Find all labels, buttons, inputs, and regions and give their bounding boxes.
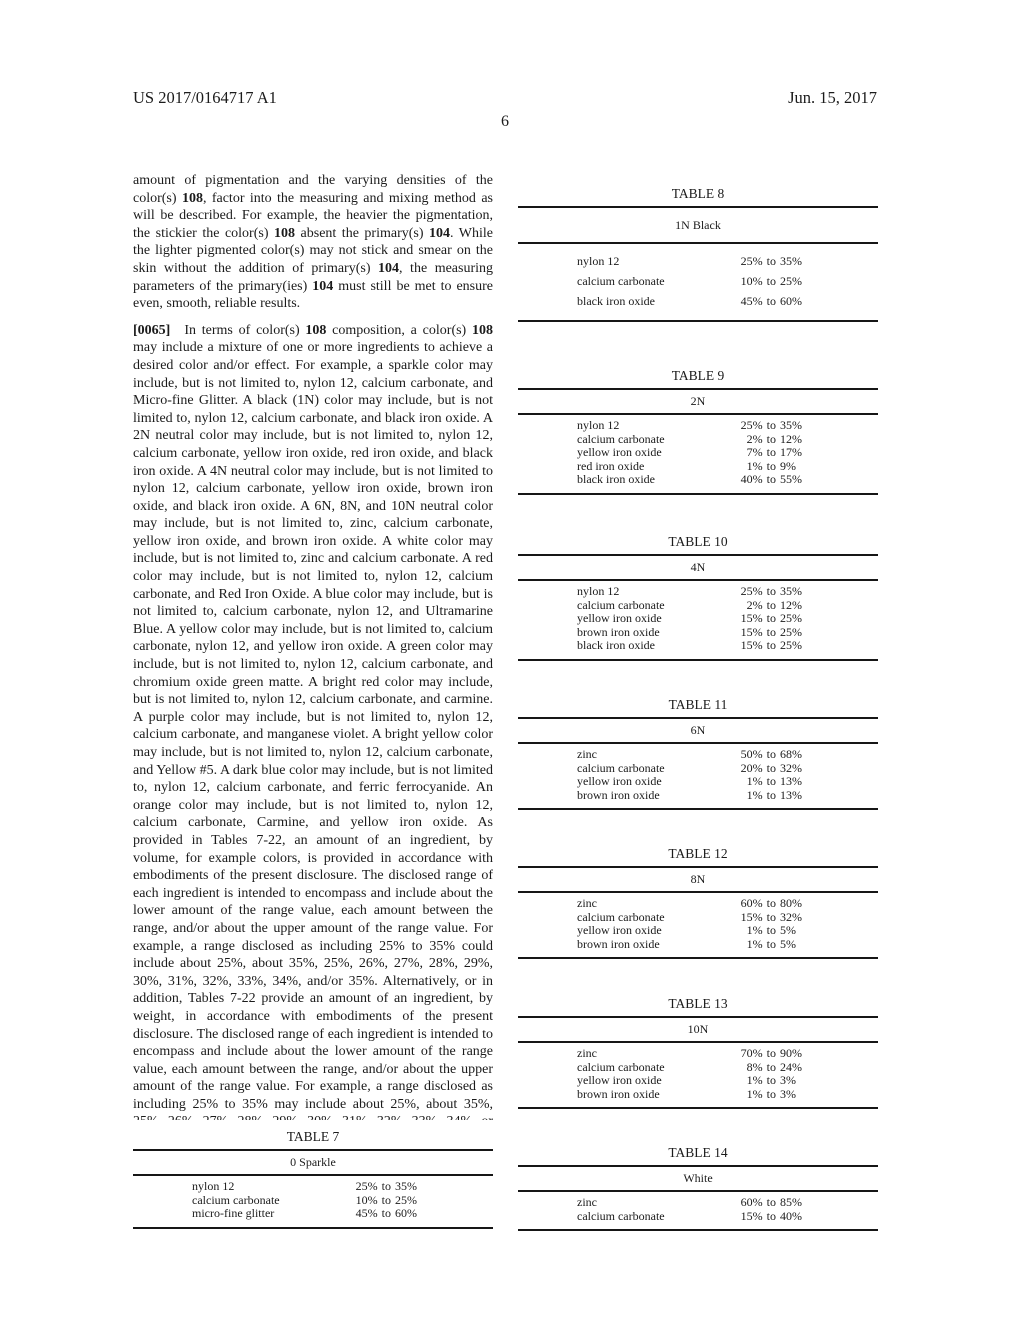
ingredient-range: 1%to3% (731, 1088, 816, 1102)
patent-page: { "page": { "publication_number": "US 20… (0, 0, 1024, 1320)
table-row: calcium carbonate15%to40% (518, 1210, 878, 1224)
table-rows: nylon 1225%to35%calcium carbonate2%to12%… (518, 581, 878, 659)
table-row: yellow iron oxide7%to17% (518, 446, 878, 460)
ingredient-name: black iron oxide (518, 639, 731, 653)
ingredient-name: calcium carbonate (518, 762, 731, 776)
range-to: 35% (780, 251, 816, 271)
table-rows: zinc60%to85%calcium carbonate15%to40% (518, 1192, 878, 1229)
ingredient-name: zinc (518, 1196, 731, 1210)
range-from: 60% (731, 1196, 763, 1210)
table-13: TABLE 1310Nzinc70%to90%calcium carbonate… (518, 996, 878, 1109)
ingredient-range: 45%to60% (731, 291, 816, 311)
table-header: 8N (518, 868, 878, 891)
bold-text: [0065] (133, 323, 170, 338)
range-to: 32% (780, 762, 816, 776)
range-to-word: to (763, 762, 780, 776)
range-to-word: to (763, 612, 780, 626)
range-from: 2% (731, 599, 763, 613)
ingredient-name: calcium carbonate (518, 271, 731, 291)
table-row: yellow iron oxide1%to13% (518, 775, 878, 789)
table-rows: zinc60%to80%calcium carbonate15%to32%yel… (518, 893, 878, 957)
range-to: 13% (780, 775, 816, 789)
bold-text: 108 (305, 323, 326, 338)
range-to-word: to (763, 1074, 780, 1088)
range-to: 25% (780, 639, 816, 653)
text-run: may include a mixture of one or more ing… (133, 340, 493, 1120)
range-from: 45% (346, 1207, 378, 1221)
left-column: amount of pigmentation and the varying d… (133, 172, 493, 1120)
table-rows: zinc70%to90%calcium carbonate8%to24%yell… (518, 1043, 878, 1107)
range-to-word: to (763, 1088, 780, 1102)
range-to-word: to (763, 585, 780, 599)
page-number: 6 (133, 113, 877, 131)
table-11: TABLE 116Nzinc50%to68%calcium carbonate2… (518, 697, 878, 810)
ingredient-name: brown iron oxide (518, 789, 731, 803)
range-to: 35% (395, 1180, 431, 1194)
publication-date: Jun. 15, 2017 (788, 88, 877, 108)
table-caption: TABLE 7 (133, 1129, 493, 1145)
range-from: 1% (731, 1074, 763, 1088)
ingredient-name: brown iron oxide (518, 626, 731, 640)
ingredient-range: 40%to55% (731, 473, 816, 487)
text-run: absent the primary(s) (295, 226, 429, 241)
range-to-word: to (763, 924, 780, 938)
table-14: TABLE 14Whitezinc60%to85%calcium carbona… (518, 1145, 878, 1231)
range-from: 10% (346, 1194, 378, 1208)
range-from: 45% (731, 291, 763, 311)
ingredient-name: nylon 12 (518, 585, 731, 599)
bold-text: 104 (429, 226, 450, 241)
publication-number: US 2017/0164717 A1 (133, 88, 277, 108)
range-to: 55% (780, 473, 816, 487)
table-row: micro-fine glitter45%to60% (133, 1207, 493, 1221)
range-from: 25% (731, 251, 763, 271)
range-to-word: to (763, 639, 780, 653)
bold-text: 104 (312, 279, 333, 294)
ingredient-range: 20%to32% (731, 762, 816, 776)
range-to: 60% (780, 291, 816, 311)
ingredient-range: 15%to40% (731, 1210, 816, 1224)
range-to-word: to (763, 446, 780, 460)
range-to: 17% (780, 446, 816, 460)
range-to-word: to (763, 1196, 780, 1210)
ingredient-range: 25%to35% (346, 1180, 431, 1194)
text-run: In terms of color(s) (170, 323, 305, 338)
table-header: 10N (518, 1018, 878, 1041)
range-to-word: to (763, 748, 780, 762)
patent-paragraph-0065: [0065] In terms of color(s) 108 composit… (133, 322, 493, 1120)
ingredient-range: 10%to25% (346, 1194, 431, 1208)
table-header: White (518, 1167, 878, 1190)
ingredient-range: 15%to25% (731, 626, 816, 640)
range-from: 15% (731, 1210, 763, 1224)
ingredient-name: zinc (518, 748, 731, 762)
range-to: 85% (780, 1196, 816, 1210)
range-to-word: to (763, 433, 780, 447)
bold-text: 108 (472, 323, 493, 338)
range-to-word: to (763, 291, 780, 311)
ingredient-range: 8%to24% (731, 1061, 816, 1075)
table-row: brown iron oxide1%to13% (518, 789, 878, 803)
ingredient-range: 15%to32% (731, 911, 816, 925)
range-to: 3% (780, 1074, 816, 1088)
ingredient-name: black iron oxide (518, 291, 731, 311)
ingredient-range: 1%to13% (731, 789, 816, 803)
table-caption: TABLE 10 (518, 534, 878, 550)
range-to-word: to (378, 1194, 395, 1208)
range-to: 68% (780, 748, 816, 762)
ingredient-name: calcium carbonate (518, 911, 731, 925)
range-to-word: to (763, 251, 780, 271)
range-from: 15% (731, 626, 763, 640)
range-from: 2% (731, 433, 763, 447)
range-to-word: to (763, 473, 780, 487)
range-from: 50% (731, 748, 763, 762)
ingredient-name: zinc (518, 1047, 731, 1061)
table-row: calcium carbonate2%to12% (518, 433, 878, 447)
table-caption: TABLE 9 (518, 368, 878, 384)
ingredient-name: yellow iron oxide (518, 446, 731, 460)
range-to: 25% (780, 612, 816, 626)
ingredient-range: 1%to9% (731, 460, 816, 474)
ingredient-name: nylon 12 (518, 419, 731, 433)
range-to-word: to (763, 599, 780, 613)
ingredient-range: 1%to5% (731, 924, 816, 938)
table-8: TABLE 81N Blacknylon 1225%to35%calcium c… (518, 186, 878, 322)
table-header: 1N Black (518, 208, 878, 242)
table-row: calcium carbonate2%to12% (518, 599, 878, 613)
table-rows: nylon 1225%to35%calcium carbonate10%to25… (518, 244, 878, 320)
table-row: red iron oxide1%to9% (518, 460, 878, 474)
ingredient-name: brown iron oxide (518, 938, 731, 952)
range-to-word: to (763, 1061, 780, 1075)
range-to-word: to (763, 419, 780, 433)
table-rule (133, 1227, 493, 1229)
table-row: brown iron oxide15%to25% (518, 626, 878, 640)
range-to-word: to (763, 938, 780, 952)
range-to: 40% (780, 1210, 816, 1224)
range-to: 5% (780, 924, 816, 938)
ingredient-name: black iron oxide (518, 473, 731, 487)
table-row: calcium carbonate10%to25% (133, 1194, 493, 1208)
ingredient-range: 50%to68% (731, 748, 816, 762)
table-rows: nylon 1225%to35%calcium carbonate2%to12%… (518, 415, 878, 493)
ingredient-name: zinc (518, 897, 731, 911)
range-to-word: to (763, 1210, 780, 1224)
ingredient-name: micro-fine glitter (133, 1207, 346, 1221)
table-row: nylon 1225%to35% (518, 585, 878, 599)
table-row: zinc60%to85% (518, 1196, 878, 1210)
table-7: TABLE 70 Sparklenylon 1225%to35%calcium … (133, 1129, 493, 1229)
range-to-word: to (763, 911, 780, 925)
range-to-word: to (378, 1180, 395, 1194)
table-rows: nylon 1225%to35%calcium carbonate10%to25… (133, 1176, 493, 1227)
range-to: 12% (780, 599, 816, 613)
table-row: calcium carbonate20%to32% (518, 762, 878, 776)
table-row: brown iron oxide1%to3% (518, 1088, 878, 1102)
bold-text: 108 (182, 191, 203, 206)
table-caption: TABLE 12 (518, 846, 878, 862)
range-to-word: to (378, 1207, 395, 1221)
range-from: 25% (731, 585, 763, 599)
range-to: 24% (780, 1061, 816, 1075)
ingredient-name: nylon 12 (133, 1180, 346, 1194)
range-from: 60% (731, 897, 763, 911)
range-to-word: to (763, 1047, 780, 1061)
range-to: 9% (780, 460, 816, 474)
table-row: yellow iron oxide15%to25% (518, 612, 878, 626)
range-to-word: to (763, 897, 780, 911)
ingredient-range: 60%to80% (731, 897, 816, 911)
ingredient-name: calcium carbonate (518, 1210, 731, 1224)
ingredient-range: 2%to12% (731, 433, 816, 447)
range-to: 35% (780, 585, 816, 599)
table-row: black iron oxide45%to60% (518, 291, 878, 311)
range-from: 40% (731, 473, 763, 487)
ingredient-range: 1%to5% (731, 938, 816, 952)
ingredient-range: 10%to25% (731, 271, 816, 291)
bold-text: 104 (378, 261, 399, 276)
table-row: black iron oxide15%to25% (518, 639, 878, 653)
range-from: 1% (731, 789, 763, 803)
ingredient-name: nylon 12 (518, 251, 731, 271)
range-to: 13% (780, 789, 816, 803)
table-row: nylon 1225%to35% (133, 1180, 493, 1194)
range-to: 60% (395, 1207, 431, 1221)
table-row: nylon 1225%to35% (518, 251, 878, 271)
ingredient-range: 15%to25% (731, 612, 816, 626)
table-row: yellow iron oxide1%to3% (518, 1074, 878, 1088)
table-row: black iron oxide40%to55% (518, 473, 878, 487)
range-to: 25% (395, 1194, 431, 1208)
range-from: 25% (731, 419, 763, 433)
table-9: TABLE 92Nnylon 1225%to35%calcium carbona… (518, 368, 878, 495)
ingredient-range: 7%to17% (731, 446, 816, 460)
range-to-word: to (763, 460, 780, 474)
range-to: 25% (780, 271, 816, 291)
ingredient-name: yellow iron oxide (518, 612, 731, 626)
table-row: zinc60%to80% (518, 897, 878, 911)
range-from: 8% (731, 1061, 763, 1075)
table-row: calcium carbonate8%to24% (518, 1061, 878, 1075)
ingredient-range: 1%to13% (731, 775, 816, 789)
table-rule (518, 957, 878, 959)
bold-text: 108 (274, 226, 295, 241)
range-to: 25% (780, 626, 816, 640)
ingredient-range: 25%to35% (731, 585, 816, 599)
range-to: 5% (780, 938, 816, 952)
ingredient-name: yellow iron oxide (518, 775, 731, 789)
range-to-word: to (763, 789, 780, 803)
range-from: 25% (346, 1180, 378, 1194)
table-row: brown iron oxide1%to5% (518, 938, 878, 952)
ingredient-range: 60%to85% (731, 1196, 816, 1210)
range-from: 1% (731, 775, 763, 789)
table-rule (518, 659, 878, 661)
range-from: 15% (731, 612, 763, 626)
table-rule (518, 1229, 878, 1231)
range-to-word: to (763, 271, 780, 291)
table-row: calcium carbonate15%to32% (518, 911, 878, 925)
range-from: 1% (731, 924, 763, 938)
table-header: 6N (518, 719, 878, 742)
ingredient-name: red iron oxide (518, 460, 731, 474)
range-from: 1% (731, 938, 763, 952)
ingredient-range: 15%to25% (731, 639, 816, 653)
table-header: 2N (518, 390, 878, 413)
range-from: 70% (731, 1047, 763, 1061)
table-row: calcium carbonate10%to25% (518, 271, 878, 291)
table-row: nylon 1225%to35% (518, 419, 878, 433)
ingredient-name: calcium carbonate (133, 1194, 346, 1208)
range-from: 20% (731, 762, 763, 776)
table-12: TABLE 128Nzinc60%to80%calcium carbonate1… (518, 846, 878, 959)
range-from: 15% (731, 911, 763, 925)
ingredient-name: yellow iron oxide (518, 924, 731, 938)
ingredient-range: 25%to35% (731, 419, 816, 433)
range-to: 80% (780, 897, 816, 911)
patent-paragraph: amount of pigmentation and the varying d… (133, 172, 493, 313)
ingredient-name: yellow iron oxide (518, 1074, 731, 1088)
table-row: yellow iron oxide1%to5% (518, 924, 878, 938)
range-from: 7% (731, 446, 763, 460)
table-rows: zinc50%to68%calcium carbonate20%to32%yel… (518, 744, 878, 808)
ingredient-name: brown iron oxide (518, 1088, 731, 1102)
table-caption: TABLE 14 (518, 1145, 878, 1161)
range-from: 10% (731, 271, 763, 291)
table-rule (518, 320, 878, 322)
ingredient-range: 2%to12% (731, 599, 816, 613)
range-to: 3% (780, 1088, 816, 1102)
range-to: 35% (780, 419, 816, 433)
table-row: zinc50%to68% (518, 748, 878, 762)
range-from: 1% (731, 460, 763, 474)
table-rule (518, 1107, 878, 1109)
table-row: zinc70%to90% (518, 1047, 878, 1061)
ingredient-name: calcium carbonate (518, 433, 731, 447)
table-caption: TABLE 8 (518, 186, 878, 202)
table-rule (518, 493, 878, 495)
range-from: 15% (731, 639, 763, 653)
table-caption: TABLE 11 (518, 697, 878, 713)
range-to-word: to (763, 626, 780, 640)
range-to: 32% (780, 911, 816, 925)
ingredient-range: 25%to35% (731, 251, 816, 271)
ingredient-range: 1%to3% (731, 1074, 816, 1088)
table-caption: TABLE 13 (518, 996, 878, 1012)
ingredient-range: 45%to60% (346, 1207, 431, 1221)
table-header: 4N (518, 556, 878, 579)
ingredient-name: calcium carbonate (518, 1061, 731, 1075)
table-rule (518, 808, 878, 810)
ingredient-range: 70%to90% (731, 1047, 816, 1061)
range-from: 1% (731, 1088, 763, 1102)
table-header: 0 Sparkle (133, 1151, 493, 1174)
range-to: 90% (780, 1047, 816, 1061)
table-10: TABLE 104Nnylon 1225%to35%calcium carbon… (518, 534, 878, 661)
range-to: 12% (780, 433, 816, 447)
text-run: composition, a color(s) (326, 323, 472, 338)
range-to-word: to (763, 775, 780, 789)
ingredient-name: calcium carbonate (518, 599, 731, 613)
